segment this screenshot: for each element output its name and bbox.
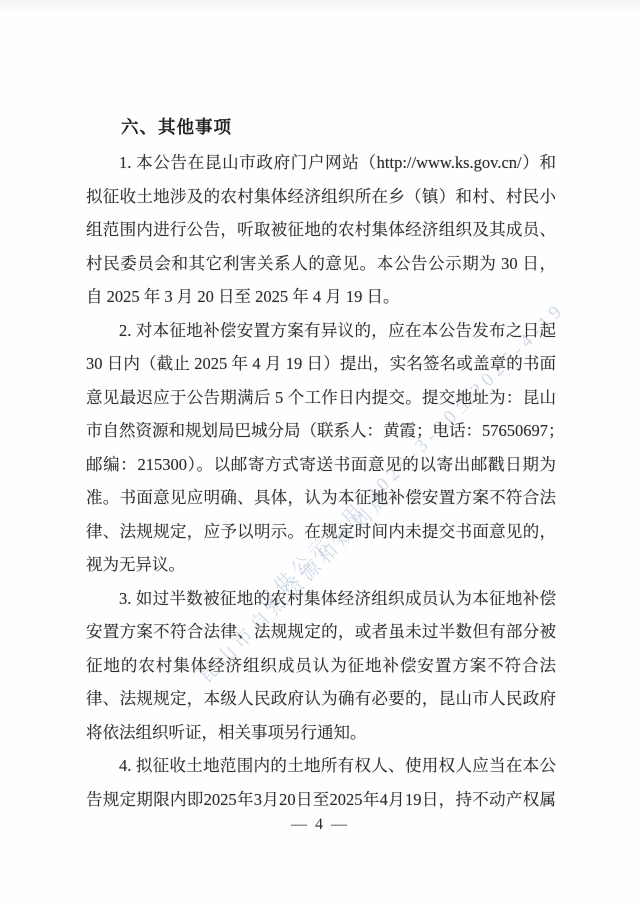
document-line: 30 日内（截止 2025 年 4 月 19 日）提出，实名签名或盖章的书面 (86, 347, 556, 381)
section-heading: 六、其他事项 (86, 114, 556, 146)
document-line: 告规定期限内即2025年3月20日至2025年4月19日，持不动产权属 (86, 783, 556, 817)
document-line: 组范围内进行公告，听取被征地的农村集体经济组织及其成员、 (86, 213, 556, 247)
page-number: — 4 — (0, 816, 640, 834)
document-line: 将依法组织听证，相关事项另行通知。 (86, 716, 556, 750)
document-line: 律、法规规定，本级人民政府认为确有必要的，昆山市人民政府 (86, 682, 556, 716)
document-line: 邮编：215300）。以邮寄方式寄送书面意见的以寄出邮戳日期为 (86, 448, 556, 482)
document-line: 3. 如过半数被征地的农村集体经济组织成员认为本征地补偿 (86, 582, 556, 616)
document-line: 市自然资源和规划局巴城分局（联系人：黄霞；电话：57650697； (86, 414, 556, 448)
document-line: 征地的农村集体经济组织成员认为征地补偿安置方案不符合法 (86, 649, 556, 683)
document-line: 意见最迟应于公告期满后 5 个工作日内提交。提交地址为：昆山 (86, 381, 556, 415)
document-line: 视为无异议。 (86, 548, 556, 582)
document-line: 4. 拟征收土地范围内的土地所有权人、使用权人应当在本公 (86, 749, 556, 783)
document-line: 律、法规规定，应予以明示。在规定时间内未提交书面意见的， (86, 515, 556, 549)
paragraph-3: 3. 如过半数被征地的农村集体经济组织成员认为本征地补偿 安置方案不符合法律、法… (86, 582, 556, 750)
document-page: 仅供公示之用 2025-3-20至2025-4-19 昆山市自然资源和规划局 六… (0, 0, 640, 905)
paragraph-1: 1. 本公告在昆山市政府门户网站（http://www.ks.gov.cn/）和… (86, 146, 556, 314)
paragraph-4: 4. 拟征收土地范围内的土地所有权人、使用权人应当在本公 告规定期限内即2025… (86, 749, 556, 816)
document-line: 准。书面意见应明确、具体，认为本征地补偿安置方案不符合法 (86, 481, 556, 515)
document-line: 拟征收土地涉及的农村集体经济组织所在乡（镇）和村、村民小 (86, 180, 556, 214)
document-line: 1. 本公告在昆山市政府门户网站（http://www.ks.gov.cn/）和 (86, 146, 556, 180)
paragraph-2: 2. 对本征地补偿安置方案有异议的，应在本公告发布之日起 30 日内（截止 20… (86, 314, 556, 582)
document-line: 自 2025 年 3 月 20 日至 2025 年 4 月 19 日。 (86, 280, 556, 314)
document-line: 2. 对本征地补偿安置方案有异议的，应在本公告发布之日起 (86, 314, 556, 348)
document-line: 安置方案不符合法律、法规规定的，或者虽未过半数但有部分被 (86, 615, 556, 649)
document-body: 六、其他事项 1. 本公告在昆山市政府门户网站（http://www.ks.go… (86, 114, 556, 816)
document-line: 村民委员会和其它利害关系人的意见。本公告公示期为 30 日， (86, 247, 556, 281)
